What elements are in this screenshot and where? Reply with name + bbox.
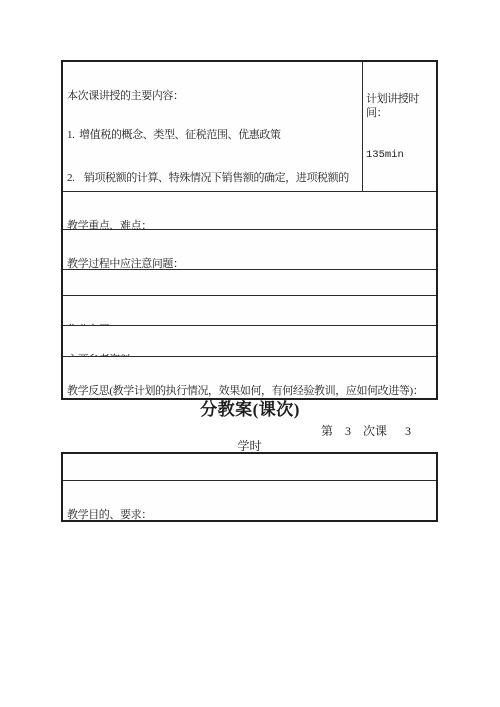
sub-lesson-table: 授课章节： 第二章 增值税会计 教学目的、要求： 熟悉增值税专用发票的使用和管理… bbox=[61, 452, 438, 522]
planned-time-value: 135min bbox=[366, 148, 433, 162]
main-content-item-1: 1. 增值税的概念、类型、征税范围、优惠政策 bbox=[67, 129, 358, 142]
main-content-item-2: 2. 销项税额的计算、特殊情况下销售额的确定，进项税额的确定，增值税应纳税额的计… bbox=[67, 168, 358, 191]
objectives-label: 教学目的、要求： bbox=[67, 509, 432, 520]
references-row: 主要参考资料： bbox=[63, 325, 436, 356]
document-page: 本次课讲授的主要内容： 1. 增值税的概念、类型、征税范围、优惠政策 2. 销项… bbox=[0, 0, 500, 707]
planned-time-label: 计划讲授时间： bbox=[366, 92, 433, 120]
main-content-intro: 本次课讲授的主要内容： bbox=[67, 90, 358, 103]
key-points-row: 教学重点、难点： 增值税征收范围，特殊情况下销售额的确定，增值税进项税额、销项税… bbox=[63, 191, 436, 229]
objectives-row: 教学目的、要求： 熟悉增值税专用发票的使用和管理；掌握增值税的纳税申报流程，出口… bbox=[63, 480, 436, 520]
lesson-number-line: 第 3 次课 3 bbox=[61, 424, 438, 438]
reflection-row: 教学反思(教学计划的执行情况，效果如何，有何经验教训，应如何改进等)： 教学重难… bbox=[63, 356, 436, 398]
homework-row: 作业布置： 案例、课后习题。 bbox=[63, 295, 436, 325]
section-title: 分教案(课次) bbox=[0, 399, 500, 421]
issues-label: 教学过程中应注意问题： bbox=[67, 258, 432, 269]
lesson-hours-line: 学时 bbox=[61, 440, 438, 452]
main-content-cell: 本次课讲授的主要内容： 1. 增值税的概念、类型、征税范围、优惠政策 2. 销项… bbox=[63, 62, 363, 191]
organization-row: 教学组织(含课堂教学方法、 辅助手段、师生互动、板书设计等)： 启发式教学、师生… bbox=[63, 269, 436, 295]
content-row: 本次课讲授的主要内容： 1. 增值税的概念、类型、征税范围、优惠政策 2. 销项… bbox=[63, 62, 436, 191]
lesson-plan-table: 本次课讲授的主要内容： 1. 增值税的概念、类型、征税范围、优惠政策 2. 销项… bbox=[61, 60, 438, 400]
chapter-row: 授课章节： 第二章 增值税会计 bbox=[63, 454, 436, 480]
planned-time-cell: 计划讲授时间： 135min bbox=[363, 62, 436, 191]
reflection-label: 教学反思(教学计划的执行情况，效果如何，有何经验教训，应如何改进等)： bbox=[67, 385, 432, 398]
issues-row: 教学过程中应注意问题： 区别折扣销售（商业折扣）、销售折扣（现金折扣）；视同销售… bbox=[63, 229, 436, 269]
key-points-label: 教学重点、难点： bbox=[67, 220, 432, 229]
